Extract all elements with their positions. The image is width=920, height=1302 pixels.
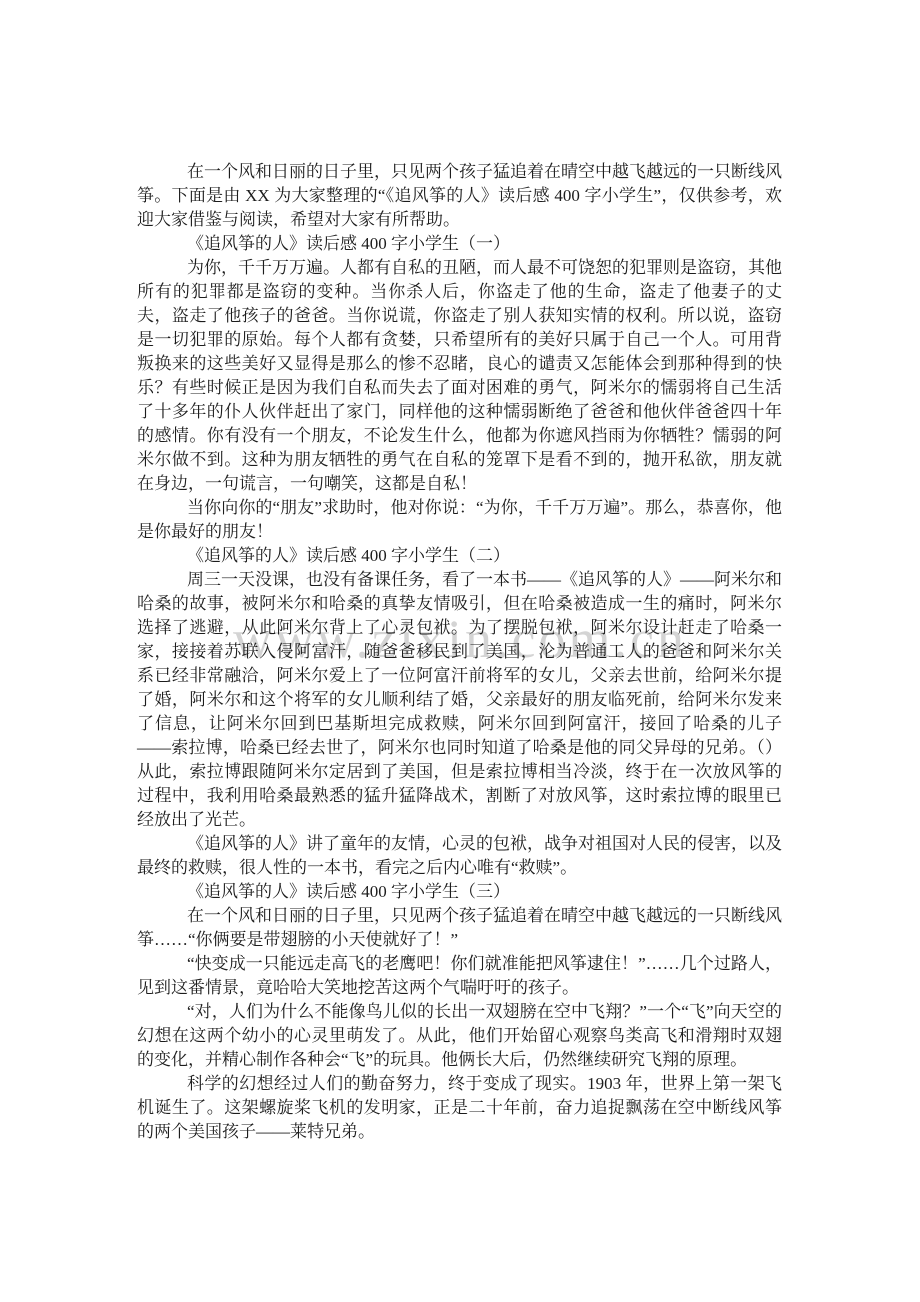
paragraph: 《追风筝的人》讲了童年的友情，心灵的包袱，战争对祖国对人民的侵害，以及最终的救赎…: [137, 832, 782, 880]
section-heading: 《追风筝的人》读后感 400 字小学生（一）: [137, 232, 782, 256]
paragraph: “对，人们为什么不能像鸟儿似的长出一双翅膀在空中飞翔？”一个“飞”向天空的幻想在…: [137, 1000, 782, 1072]
paragraph: 在一个风和日丽的日子里，只见两个孩子猛追着在晴空中越飞越远的一只断线风筝……“你…: [137, 904, 782, 952]
document-body: 在一个风和日丽的日子里，只见两个孩子猛追着在晴空中越飞越远的一只断线风筝。下面是…: [137, 160, 782, 1144]
paragraph: 周三一天没课，也没有备课任务，看了一本书——《追风筝的人》——阿米尔和哈桑的故事…: [137, 568, 782, 832]
paragraph: 在一个风和日丽的日子里，只见两个孩子猛追着在晴空中越飞越远的一只断线风筝。下面是…: [137, 160, 782, 232]
section-heading: 《追风筝的人》读后感 400 字小学生（三）: [137, 880, 782, 904]
document-page: www.zixin.com.cn 在一个风和日丽的日子里，只见两个孩子猛追着在晴…: [0, 0, 920, 1302]
paragraph: 科学的幻想经过人们的勤奋努力，终于变成了现实。1903 年，世界上第一架飞机诞生…: [137, 1072, 782, 1144]
paragraph: 当你向你的“朋友”求助时，他对你说：“为你，千千万万遍”。那么，恭喜你，他是你最…: [137, 496, 782, 544]
section-heading: 《追风筝的人》读后感 400 字小学生（二）: [137, 544, 782, 568]
paragraph: “快变成一只能远走高飞的老鹰吧！你们就准能把风筝逮住！”……几个过路人，见到这番…: [137, 952, 782, 1000]
paragraph: 为你，千千万万遍。人都有自私的丑陋，而人最不可饶恕的犯罪则是盗窃，其他所有的犯罪…: [137, 256, 782, 496]
